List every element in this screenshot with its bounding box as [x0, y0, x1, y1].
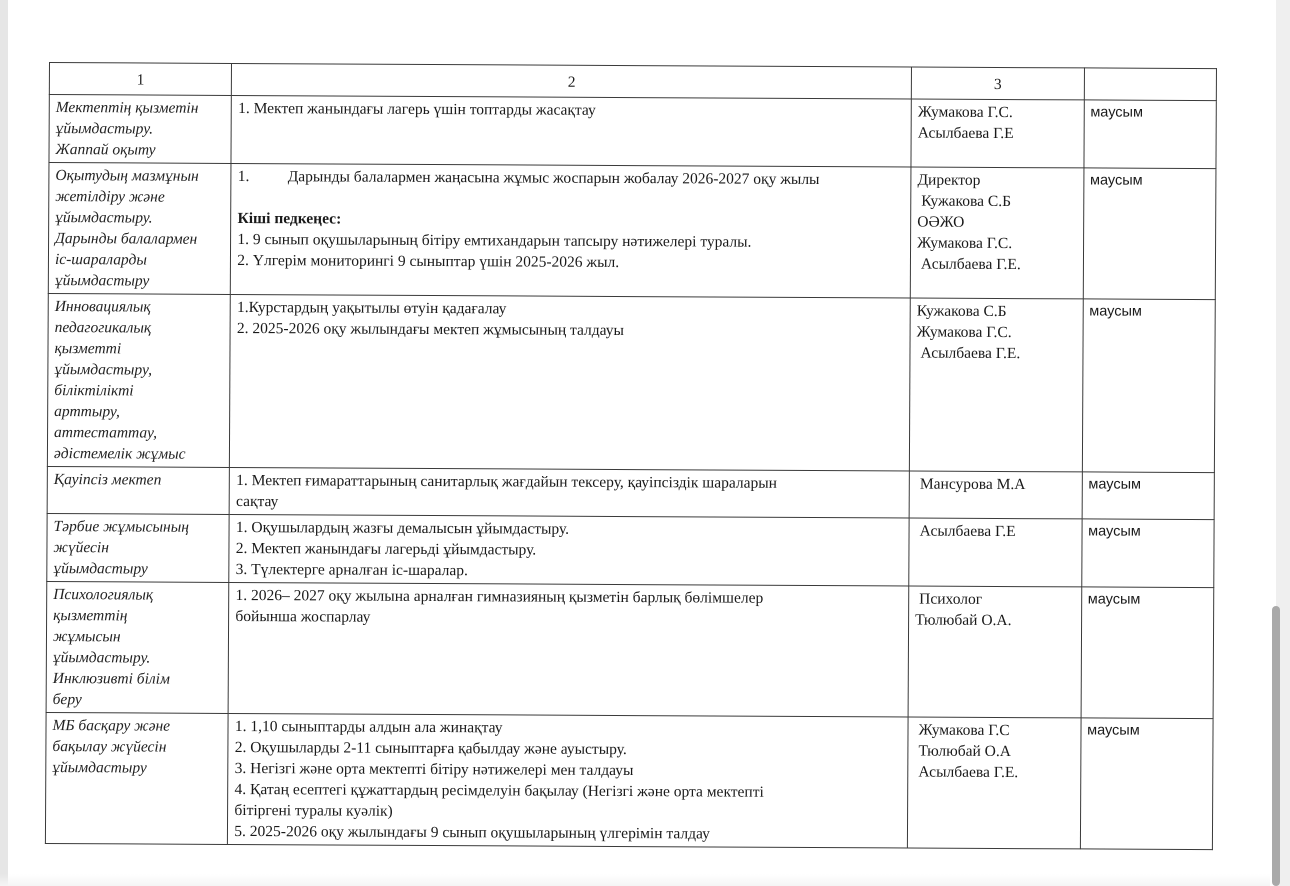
area-line: ұйымдастыру. [56, 118, 225, 140]
responsible-person: Жумакова Г.С. [917, 322, 1077, 344]
responsible-person: Тюлюбай О.А. [915, 610, 1075, 632]
task-item: 5. 2025-2026 оқу жылындағы 9 сынып оқушы… [234, 821, 901, 845]
date-cell: маусым [1081, 519, 1214, 588]
document-page: 1 2 3 Мектептің қызметін ұйымдастыру. Жа… [0, 0, 1270, 886]
work-plan-table: 1 2 3 Мектептің қызметін ұйымдастыру. Жа… [45, 62, 1217, 850]
area-line: педагогикалық [55, 317, 224, 339]
task-item: 2. 2025-2026 оқу жылындағы мектеп жұмысы… [237, 318, 904, 342]
area-line: аттестаттау, [54, 422, 223, 444]
area-cell: Оқытудың мазмұнын жетілдіру және ұйымдас… [48, 163, 231, 295]
responsible-person: Асылбаева Г.Е. [917, 343, 1077, 365]
date-cell: маусым [1082, 472, 1215, 520]
area-line: жетілдіру және [55, 186, 224, 208]
area-line: бақылау жүйесін [52, 736, 221, 758]
responsible-cell: Жумакова Г.С Тюлюбай О.А Асылбаева Г.Е. [908, 717, 1081, 849]
tasks-cell: 1. 1,10 сыныптарды алдын ала жинақтау 2.… [228, 713, 908, 848]
area-line: МБ басқару және [52, 715, 221, 737]
table-row: Қауіпсіз мектеп 1. Мектеп ғимараттарының… [47, 466, 1214, 519]
responsible-person: Асылбаева Г.Е. [914, 762, 1074, 784]
area-line: ұйымдастыру. [53, 647, 222, 669]
header-col-2: 2 [232, 63, 912, 99]
responsible-cell: Психолог Тюлюбай О.А. [908, 586, 1081, 718]
responsible-person: Жумакова Г.С. [917, 233, 1077, 255]
area-cell: Психологиялық қызметтің жұмысын ұйымдаст… [46, 581, 229, 713]
area-line: беру [53, 689, 222, 711]
area-cell: Тәрбие жұмысының жүйесін ұйымдастыру [47, 513, 230, 582]
table-row: Мектептің қызметін ұйымдастыру. Жаппай о… [49, 95, 1216, 169]
area-line: біліктілікті [54, 380, 223, 402]
area-cell: МБ басқару және бақылау жүйесін ұйымдаст… [45, 712, 228, 844]
task-number: 1. [238, 166, 288, 187]
tasks-cell: 1. 2026– 2027 оқу жылына арналған гимназ… [228, 582, 908, 717]
responsible-cell: Мансурова М.А [909, 471, 1082, 519]
responsible-person: Директор [917, 170, 1077, 192]
task-item-continuation: сақтау [236, 491, 903, 515]
header-col-4 [1084, 68, 1217, 101]
area-cell: Қауіпсіз мектеп [47, 466, 230, 514]
task-item: 1. Мектеп ғимараттарының санитарлық жағд… [236, 470, 903, 494]
area-line: Психологиялық [53, 584, 222, 606]
area-line: ұйымдастыру, [54, 359, 223, 381]
area-line: Оқытудың мазмұнын [55, 165, 224, 187]
table-row: Тәрбие жұмысының жүйесін ұйымдастыру 1. … [47, 513, 1214, 587]
task-item: 1.Дарынды балалармен жаңасына жұмыс жосп… [238, 166, 905, 190]
tasks-cell: 1. Мектеп жанындағы лагерь үшін топтарды… [231, 95, 911, 167]
table-row: Оқытудың мазмұнын жетілдіру және ұйымдас… [48, 163, 1216, 300]
responsible-person: Жумакова Г.С [915, 720, 1075, 742]
area-line: ұйымдастыру [55, 270, 224, 292]
tasks-cell: 1. Оқушылардың жазғы демалысын ұйымдасты… [229, 514, 909, 586]
responsible-person: Асылбаева Г.Е [916, 521, 1076, 543]
task-item-continuation: бойынша жоспарлау [235, 606, 902, 630]
area-line: іс-шараларды [55, 249, 224, 271]
area-line: Инновациялық [55, 296, 224, 318]
date-cell: маусым [1083, 168, 1216, 300]
area-line: Жаппай оқыту [55, 139, 224, 161]
header-col-1: 1 [49, 63, 232, 96]
date-cell: маусым [1081, 587, 1214, 719]
area-line: ұйымдастыру. [55, 207, 224, 229]
area-line: Қауіпсіз мектеп [54, 469, 223, 491]
responsible-person: Кужакова С.Б [917, 301, 1077, 323]
area-line: Дарынды балалармен [55, 228, 224, 250]
date-cell: маусым [1084, 100, 1217, 169]
page-bottom-edge [0, 874, 1270, 886]
tasks-cell: 1. Мектеп ғимараттарының санитарлық жағд… [229, 467, 909, 518]
tasks-cell: 1.Дарынды балалармен жаңасына жұмыс жосп… [231, 163, 911, 298]
table-row: Психологиялық қызметтің жұмысын ұйымдаст… [46, 581, 1214, 718]
area-line: ұйымдастыру [52, 757, 221, 779]
task-item: 3. Түлектерге арналған іс-шаралар. [236, 559, 903, 583]
header-col-3: 3 [911, 67, 1084, 100]
task-text: Дарынды балалармен жаңасына жұмыс жоспар… [288, 168, 820, 188]
responsible-cell: Кужакова С.Б Жумакова Г.С. Асылбаева Г.Е… [909, 298, 1082, 472]
responsible-person: Тюлюбай О.А [914, 741, 1074, 763]
task-item: 1. Мектеп жанындағы лагерь үшін топтарды… [238, 98, 905, 122]
area-line: ұйымдастыру [53, 558, 222, 580]
area-line: Мектептің қызметін [56, 97, 225, 119]
responsible-person: Психолог [915, 589, 1075, 611]
area-cell: Мектептің қызметін ұйымдастыру. Жаппай о… [49, 95, 232, 164]
responsible-person: Жумакова Г.С. [918, 102, 1078, 124]
scrollbar-thumb[interactable] [1272, 606, 1280, 886]
table-row: Инновациялық педагогикалық қызметті ұйым… [47, 293, 1215, 472]
responsible-cell: Асылбаева Г.Е [909, 518, 1082, 587]
responsible-person: Асылбаева Г.Е. [917, 254, 1077, 276]
responsible-person: ОӘЖО [917, 212, 1077, 234]
area-line: арттыру, [54, 401, 223, 423]
date-cell: маусым [1082, 299, 1215, 473]
tasks-cell: 1.Курстардың уақытылы өтуін қадағалау 2.… [230, 294, 911, 471]
area-line: Тәрбие жұмысының [54, 516, 223, 538]
area-line: Инклюзивті білім [53, 668, 222, 690]
task-item: 2. Үлгерім мониторингі 9 сыныптар үшін 2… [237, 250, 904, 274]
area-line: жұмысын [53, 626, 222, 648]
area-line: қызметті [54, 338, 223, 360]
area-line: жүйесін [53, 537, 222, 559]
responsible-person: Асылбаева Г.Е [918, 123, 1078, 145]
responsible-cell: Директор Кужакова С.Б ОӘЖО Жумакова Г.С.… [910, 167, 1083, 299]
area-cell: Инновациялық педагогикалық қызметті ұйым… [47, 293, 230, 467]
date-cell: маусым [1080, 718, 1213, 850]
responsible-cell: Жумакова Г.С. Асылбаева Г.Е [911, 99, 1084, 168]
area-line: қызметтің [53, 605, 222, 627]
area-line: әдістемелік жұмыс [54, 443, 223, 465]
responsible-person: Кужакова С.Б [917, 191, 1077, 213]
table-row: МБ басқару және бақылау жүйесін ұйымдаст… [45, 712, 1213, 849]
responsible-person: Мансурова М.А [916, 474, 1076, 496]
